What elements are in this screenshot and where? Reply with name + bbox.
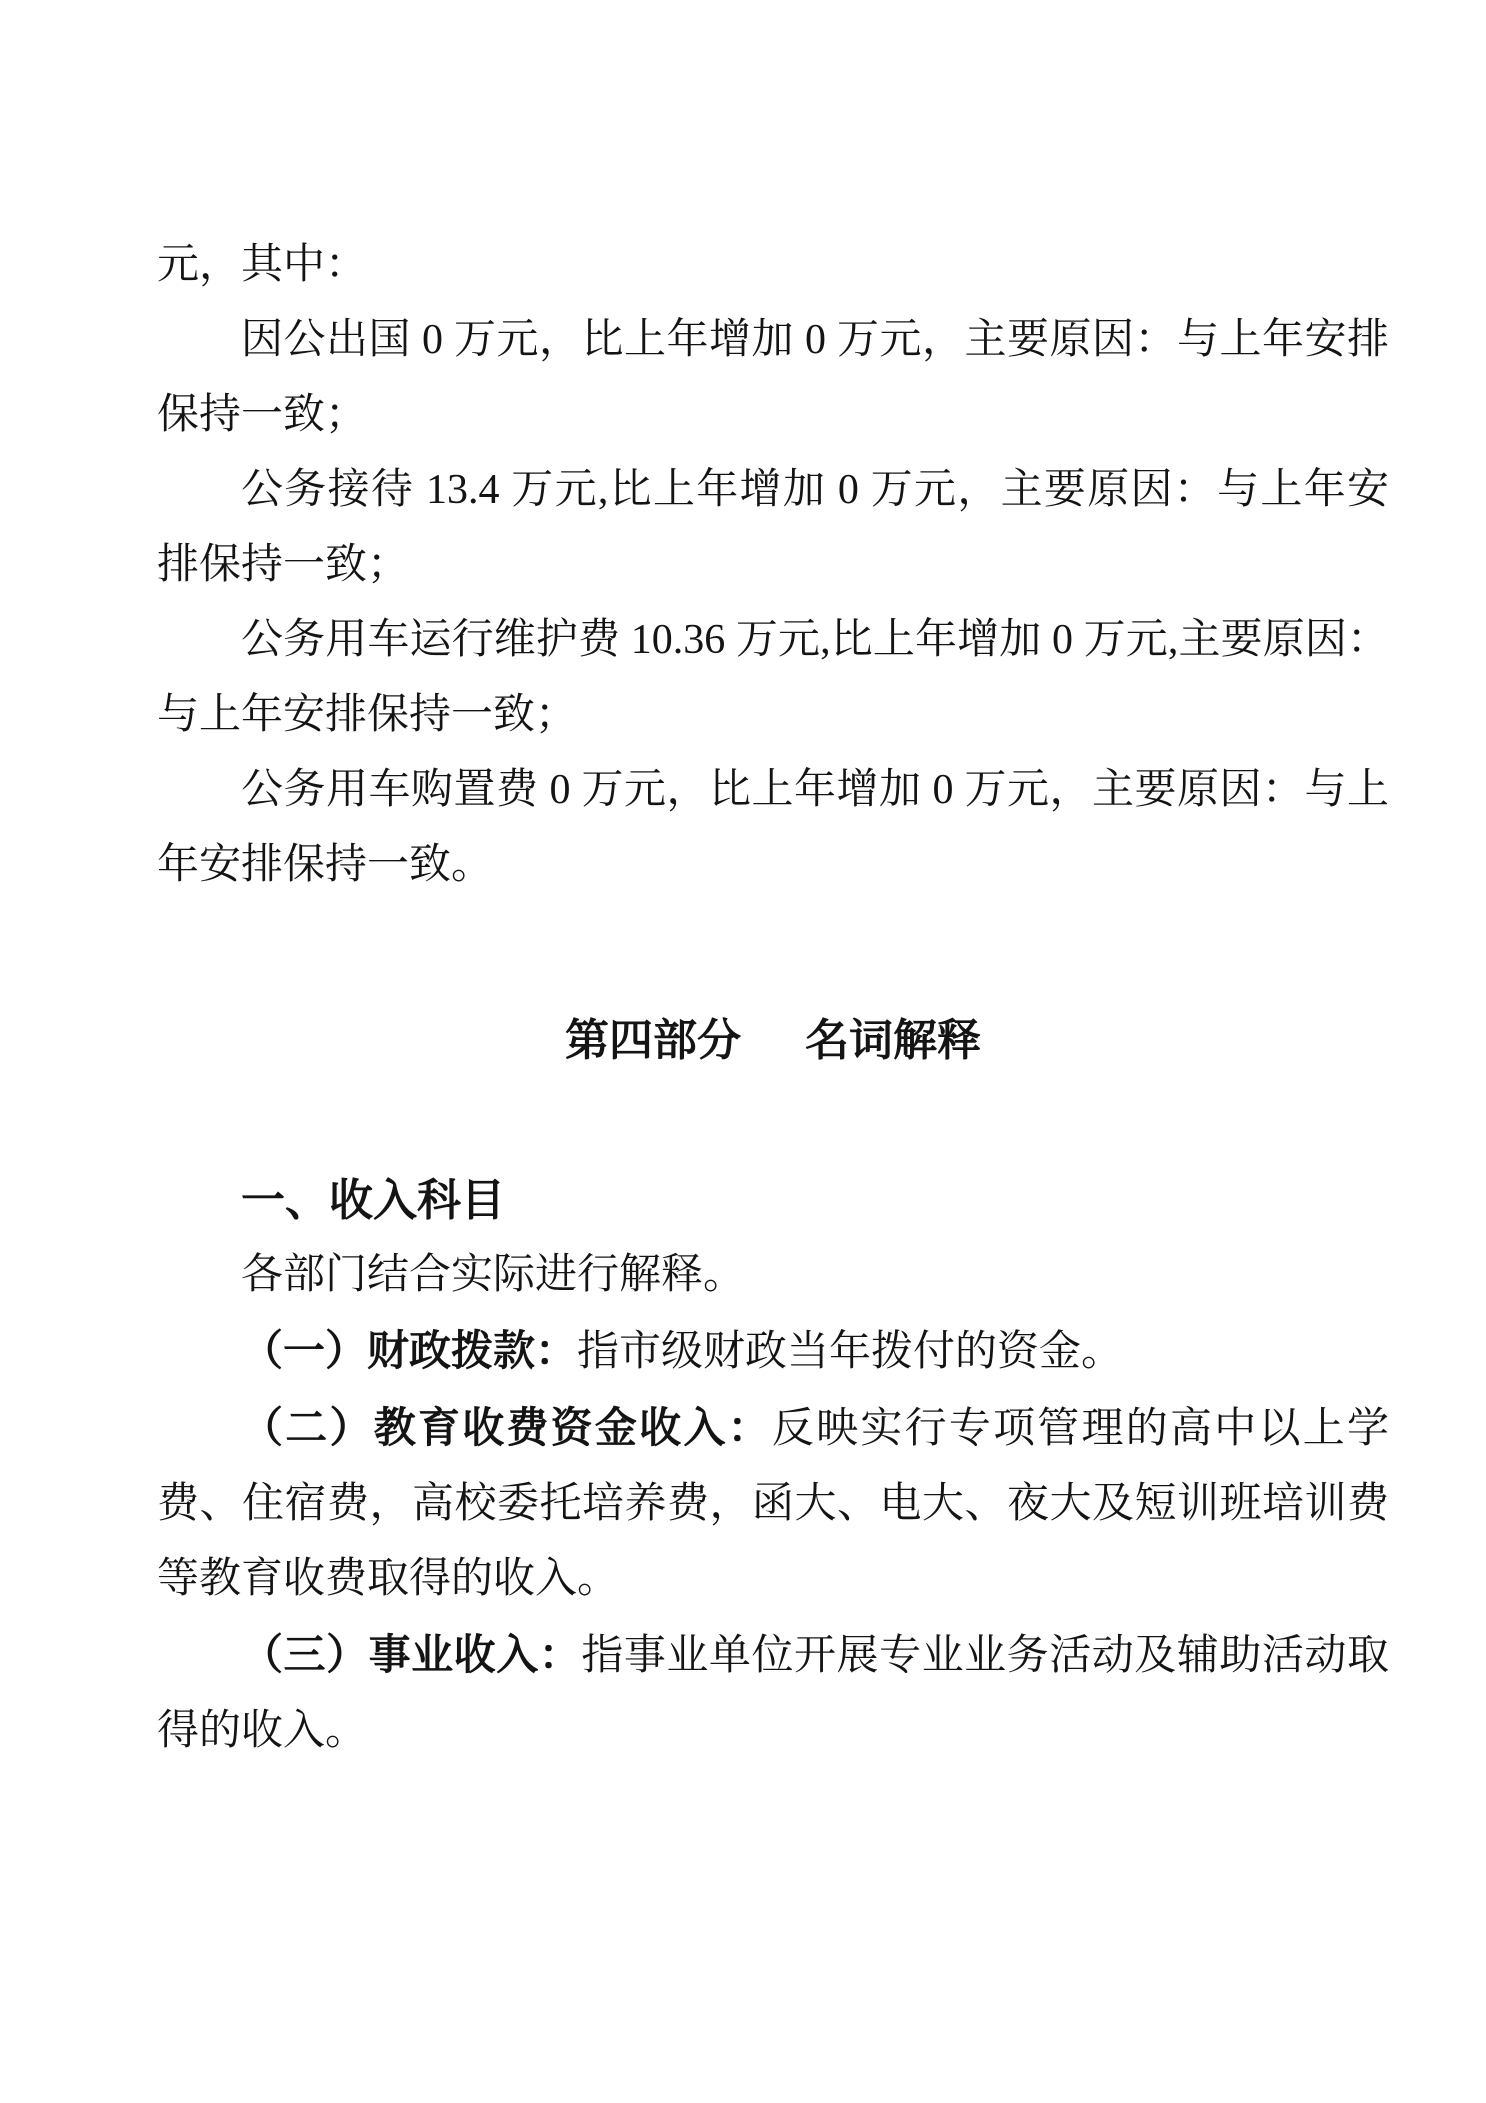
section-heading-title: 名词解释 (805, 1016, 981, 1065)
paragraph-vehicle-operation: 公务用车运行维护费 10.36 万元,比上年增加 0 万元,主要原因：与上年安排… (157, 603, 1389, 753)
paragraph-overseas-travel: 因公出国 0 万元，比上年增加 0 万元，主要原因：与上年安排保持一致； (157, 303, 1389, 453)
section-heading-part: 第四部分 (565, 1016, 741, 1065)
section-heading: 第四部分名词解释 (157, 1003, 1389, 1078)
term-item-fiscal-appropriation: （一）财政拨款：指市级财政当年拨付的资金。 (157, 1313, 1389, 1390)
paragraph-explain-note: 各部门结合实际进行解释。 (157, 1238, 1389, 1313)
document-page: 元，其中： 因公出国 0 万元，比上年增加 0 万元，主要原因：与上年安排保持一… (0, 0, 1486, 2103)
term-label-public-institution-income: （三）事业收入： (241, 1631, 581, 1678)
subsection-heading-income: 一、收入科目 (157, 1163, 1389, 1238)
paragraph-official-reception: 公务接待 13.4 万元,比上年增加 0 万元，主要原因：与上年安排保持一致； (157, 453, 1389, 603)
term-item-education-fee-income: （二）教育收费资金收入：反映实行专项管理的高中以上学费、住宿费，高校委托培养费，… (157, 1390, 1389, 1617)
paragraph-vehicle-purchase: 公务用车购置费 0 万元，比上年增加 0 万元，主要原因：与上年安排保持一致。 (157, 753, 1389, 903)
term-label-fiscal-appropriation: （一）财政拨款： (241, 1327, 577, 1374)
term-item-public-institution-income: （三）事业收入：指事业单位开展专业业务活动及辅助活动取得的收入。 (157, 1617, 1389, 1769)
term-definition-fiscal-appropriation: 指市级财政当年拨付的资金。 (577, 1329, 1123, 1375)
paragraph-continuation: 元，其中： (157, 228, 1389, 303)
term-label-education-fee-income: （二）教育收费资金收入： (241, 1404, 772, 1451)
